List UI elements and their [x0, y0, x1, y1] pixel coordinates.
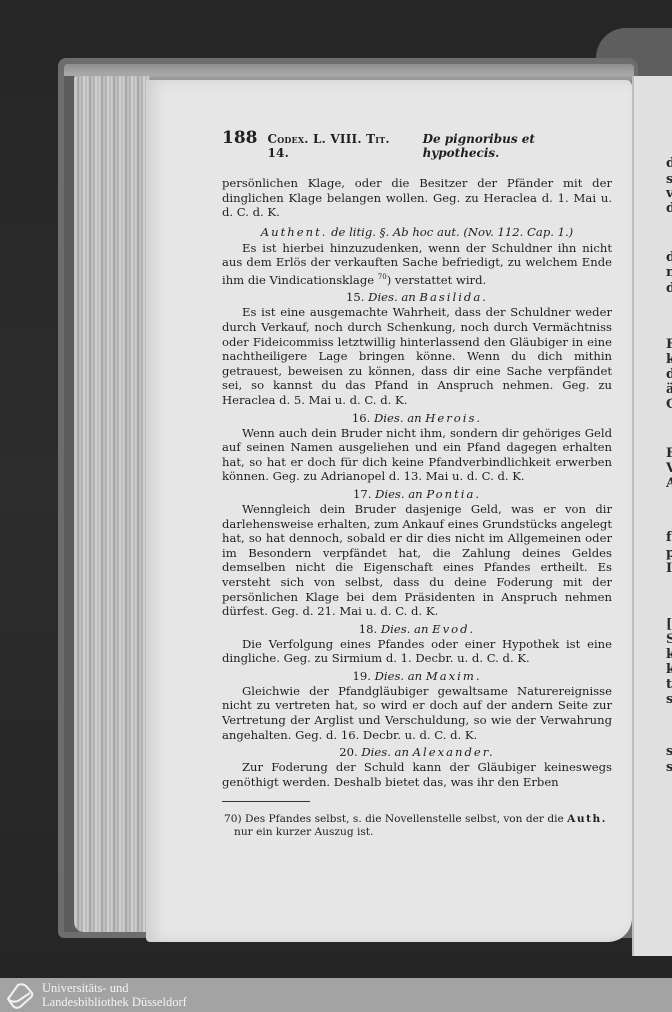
paragraph-17: Wenngleich dein Bruder dasjenige Geld, w…	[222, 502, 612, 619]
section-dies: Dies. an	[381, 622, 432, 636]
page-content: 188 Codex. L. VIII. Tit. 14. De pignorib…	[222, 128, 612, 850]
facing-page-fragment: s	[666, 692, 672, 707]
facing-page-fragment: d	[666, 156, 672, 171]
facing-page-fragment: si	[666, 172, 672, 187]
authent-label: Authent.	[261, 225, 328, 239]
facing-page-fragment: f	[666, 530, 672, 545]
paragraph-authent: Es ist hierbei hinzuzudenken, wenn der S…	[222, 241, 612, 288]
page-number: 188	[222, 128, 258, 148]
section-heading-20: 20. Dies. an Alexander.	[222, 744, 612, 760]
footnote-ref[interactable]: 70	[378, 273, 387, 281]
section-dies: Dies. an	[368, 290, 419, 304]
section-addressee: Herois.	[425, 411, 482, 425]
footnote-rule	[222, 801, 310, 802]
facing-page-fragment: v	[666, 186, 672, 201]
section-heading-16: 16. Dies. an Herois.	[222, 410, 612, 426]
section-dies: Dies. an	[375, 669, 426, 683]
facing-page-fragment: d	[666, 201, 672, 216]
facing-page-fragment: k	[666, 647, 672, 662]
paragraph-20: Zur Foderung der Schuld kann der Gläubig…	[222, 760, 612, 789]
facing-page-fragment: V	[666, 461, 672, 476]
library-name-line2: Landesbibliothek Düsseldorf	[42, 995, 187, 1009]
section-heading-15: 15. Dies. an Basilida.	[222, 289, 612, 305]
facing-page-fragment: s	[666, 744, 672, 759]
facing-page-fragment: F	[666, 337, 672, 352]
authent-citation: de litig. §. Ab hoc aut. (Nov. 112. Cap.…	[327, 225, 573, 239]
facing-page-fragment: d	[666, 281, 672, 296]
library-name-line1: Universitäts- und	[42, 981, 187, 995]
facing-page-fragment: I	[666, 561, 672, 576]
section-number: 18.	[359, 622, 381, 636]
book-logo-icon	[4, 981, 36, 1009]
authentica-heading: Authent. de litig. §. Ab hoc aut. (Nov. …	[222, 224, 612, 240]
facing-page-fragment: A	[666, 476, 672, 491]
paragraph-15: Es ist eine ausgemachte Wahrheit, dass d…	[222, 305, 612, 407]
section-number: 15.	[346, 290, 368, 304]
facing-page: dsivddndFkdäCFVAfpI[Skktsss	[632, 76, 672, 956]
facing-page-fragment: k	[666, 662, 672, 677]
section-heading-19: 19. Dies. an Maxim.	[222, 668, 612, 684]
footnote-text: 70) Des Pfandes selbst, s. die Novellens…	[224, 813, 567, 825]
section-addressee: Pontia.	[426, 487, 481, 501]
facing-page-fragment: p	[666, 546, 672, 561]
section-number: 20.	[339, 745, 361, 759]
footnote-70: 70) Des Pfandes selbst, s. die Novellens…	[222, 813, 612, 839]
paragraph-text: ) verstattet wird.	[387, 273, 487, 287]
running-title: De pignoribus et hypothecis.	[423, 132, 612, 160]
section-number: 19.	[352, 669, 374, 683]
paragraph-19: Gleichwie der Pfandgläubiger gewaltsame …	[222, 684, 612, 742]
library-name: Universitäts- und Landesbibliothek Düsse…	[42, 981, 187, 1009]
running-head: 188 Codex. L. VIII. Tit. 14. De pignorib…	[222, 128, 612, 160]
library-footer: Universitäts- und Landesbibliothek Düsse…	[0, 978, 672, 1012]
section-dies: Dies. an	[375, 487, 426, 501]
facing-page-fragment: C	[666, 397, 672, 412]
facing-page-fragment: n	[666, 265, 672, 280]
section-addressee: Evod.	[432, 622, 475, 636]
page-stack-edge	[74, 76, 150, 932]
section-addressee: Basilida.	[419, 290, 488, 304]
paragraph-18: Die Verfolgung eines Pfandes oder einer …	[222, 637, 612, 666]
facing-page-fragment: F	[666, 446, 672, 461]
facing-page-fragment: S	[666, 632, 672, 647]
facing-page-fragment: d	[666, 250, 672, 265]
paragraph-16: Wenn auch dein Bruder nicht ihm, sondern…	[222, 426, 612, 484]
section-heading-18: 18. Dies. an Evod.	[222, 621, 612, 637]
facing-page-fragment: d	[666, 367, 672, 382]
section-dies: Dies. an	[374, 411, 425, 425]
section-dies: Dies. an	[361, 745, 412, 759]
section-addressee: Alexander.	[413, 745, 495, 759]
footnote-auth: Auth.	[567, 813, 607, 825]
facing-page-fragment: k	[666, 352, 672, 367]
footnote-text: nur ein kurzer Auszug ist.	[234, 826, 373, 838]
facing-page-fragment: [	[666, 617, 672, 632]
section-number: 16.	[352, 411, 374, 425]
paragraph-continued: persönlichen Klage, oder die Besitzer de…	[222, 176, 612, 220]
section-heading-17: 17. Dies. an Pontia.	[222, 486, 612, 502]
facing-page-fragment: ä	[666, 382, 672, 397]
section-addressee: Maxim.	[426, 669, 482, 683]
facing-page-fragment: t	[666, 677, 672, 692]
section-number: 17.	[353, 487, 375, 501]
codex-reference: Codex. L. VIII. Tit. 14.	[268, 132, 413, 160]
facing-page-fragment: s	[666, 760, 672, 775]
